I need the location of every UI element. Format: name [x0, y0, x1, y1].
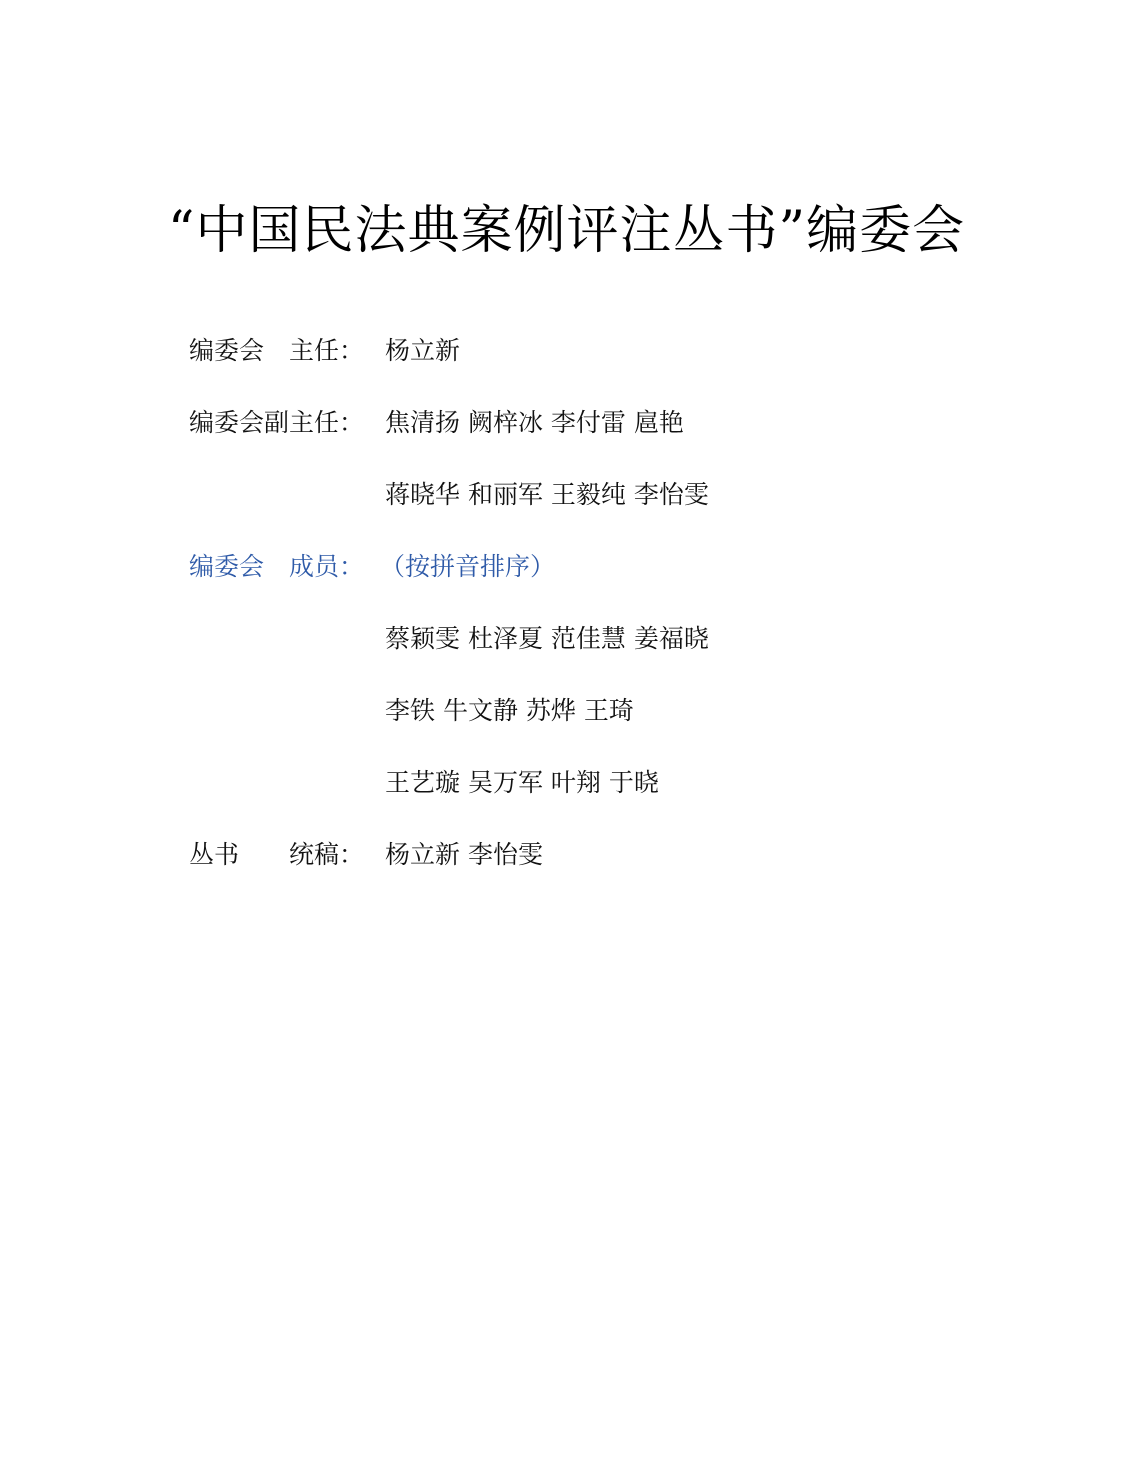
- page-title: “中国民法典案例评注丛书”编委会: [0, 196, 1133, 266]
- row-value: 杨立新 李怡雯: [385, 838, 543, 872]
- row-value: 蒋晓华 和丽军 王毅纯 李怡雯: [385, 478, 709, 512]
- row-label: 编委会副主任：: [189, 406, 364, 440]
- row-value: 杨立新: [385, 334, 460, 368]
- row-value: 焦清扬 阙梓冰 李付雷 扈艳: [385, 406, 684, 440]
- row-label: 丛书 统稿：: [189, 838, 364, 872]
- row-value: （按拼音排序）: [380, 550, 555, 584]
- row-value: 王艺璇 吴万军 叶翔 于晓: [385, 766, 659, 800]
- row-label: 编委会 成员：: [189, 550, 364, 584]
- row-value: 蔡颖雯 杜泽夏 范佳慧 姜福晓: [385, 622, 709, 656]
- row-label: 编委会 主任：: [189, 334, 364, 368]
- row-value: 李铁 牛文静 苏烨 王琦: [385, 694, 634, 728]
